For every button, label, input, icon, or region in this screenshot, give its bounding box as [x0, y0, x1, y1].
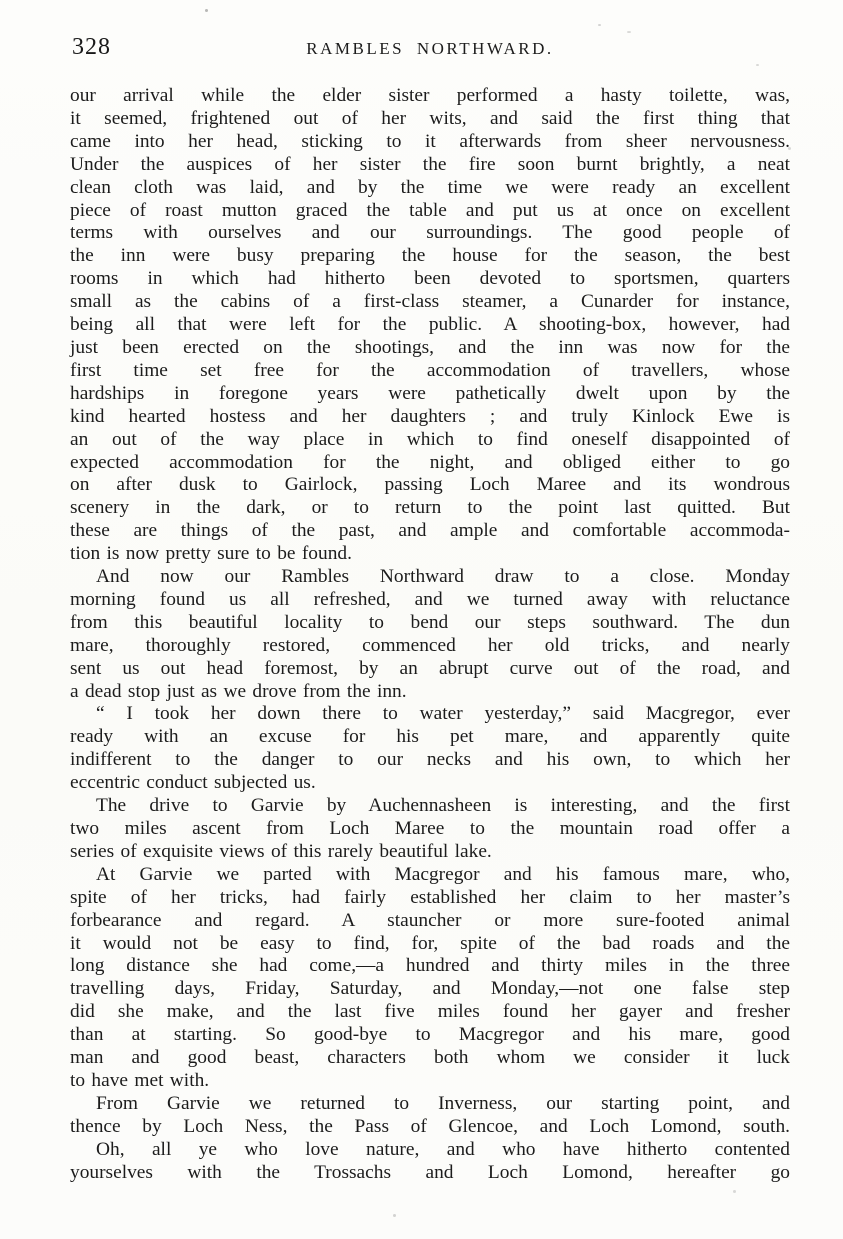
text-line: At Garvie we parted with Macgregor and h… — [70, 864, 790, 887]
text-line: eccentric conduct subjected us. — [70, 772, 790, 795]
text-line: yourselves with the Trossachs and Loch L… — [70, 1162, 790, 1185]
text-line: scenery in the dark, or to return to the… — [70, 497, 790, 520]
body-text: our arrival while the elder sister perfo… — [70, 85, 790, 1185]
running-title: RAMBLES NORTHWARD. — [70, 39, 790, 59]
text-line: mare, thoroughly restored, commenced her… — [70, 635, 790, 658]
text-line: spite of her tricks, had fairly establis… — [70, 887, 790, 910]
text-line: piece of roast mutton graced the table a… — [70, 200, 790, 223]
paragraph: “ I took her down there to water yesterd… — [70, 703, 790, 795]
text-line: came into her head, sticking to it after… — [70, 131, 790, 154]
text-line: tion is now pretty sure to be found. — [70, 543, 790, 566]
text-line: indifferent to the danger to our necks a… — [70, 749, 790, 772]
text-line: terms with ourselves and our surrounding… — [70, 222, 790, 245]
text-line: forbearance and regard. A stauncher or m… — [70, 910, 790, 933]
text-line: to have met with. — [70, 1070, 790, 1093]
paragraph: And now our Rambles Northward draw to a … — [70, 566, 790, 703]
text-line: And now our Rambles Northward draw to a … — [70, 566, 790, 589]
text-line: man and good beast, characters both whom… — [70, 1047, 790, 1070]
text-line: our arrival while the elder sister perfo… — [70, 85, 790, 108]
text-line: a dead stop just as we drove from the in… — [70, 681, 790, 704]
book-page: 328 RAMBLES NORTHWARD. our arrival while… — [0, 0, 843, 1239]
page-header: 328 RAMBLES NORTHWARD. — [70, 34, 790, 64]
text-line: clean cloth was laid, and by the time we… — [70, 177, 790, 200]
text-line: did she make, and the last five miles fo… — [70, 1001, 790, 1024]
scan-speck — [627, 31, 631, 33]
scan-speck — [733, 1190, 736, 1193]
paragraph: our arrival while the elder sister perfo… — [70, 85, 790, 566]
paragraph: Oh, all ye who love nature, and who have… — [70, 1139, 790, 1185]
text-line: an out of the way place in which to find… — [70, 429, 790, 452]
scan-speck — [205, 9, 208, 12]
text-line: these are things of the past, and ample … — [70, 520, 790, 543]
scan-speck — [788, 147, 791, 150]
text-line: The drive to Garvie by Auchennasheen is … — [70, 795, 790, 818]
text-line: sent us out head foremost, by an abrupt … — [70, 658, 790, 681]
text-line: series of exquisite views of this rarely… — [70, 841, 790, 864]
text-line: From Garvie we returned to Inverness, ou… — [70, 1093, 790, 1116]
text-line: long distance she had come,—a hundred an… — [70, 955, 790, 978]
text-line: morning found us all refreshed, and we t… — [70, 589, 790, 612]
text-line: travelling days, Friday, Saturday, and M… — [70, 978, 790, 1001]
scan-speck — [598, 24, 601, 26]
paragraph: At Garvie we parted with Macgregor and h… — [70, 864, 790, 1093]
text-line: two miles ascent from Loch Maree to the … — [70, 818, 790, 841]
text-line: thence by Loch Ness, the Pass of Glencoe… — [70, 1116, 790, 1139]
text-line: it seemed, frightened out of her wits, a… — [70, 108, 790, 131]
text-line: ready with an excuse for his pet mare, a… — [70, 726, 790, 749]
text-line: Under the auspices of her sister the fir… — [70, 154, 790, 177]
text-line: “ I took her down there to water yesterd… — [70, 703, 790, 726]
scan-speck — [756, 64, 759, 66]
text-line: Oh, all ye who love nature, and who have… — [70, 1139, 790, 1162]
text-line: first time set free for the accommodatio… — [70, 360, 790, 383]
text-line: from this beautiful locality to bend our… — [70, 612, 790, 635]
text-line: the inn were busy preparing the house fo… — [70, 245, 790, 268]
text-line: rooms in which had hitherto been devoted… — [70, 268, 790, 291]
text-line: it would not be easy to find, for, spite… — [70, 933, 790, 956]
text-line: expected accommodation for the night, an… — [70, 452, 790, 475]
paragraph: The drive to Garvie by Auchennasheen is … — [70, 795, 790, 864]
text-line: kind hearted hostess and her daughters ;… — [70, 406, 790, 429]
text-line: than at starting. So good-bye to Macgreg… — [70, 1024, 790, 1047]
text-line: small as the cabins of a first-class ste… — [70, 291, 790, 314]
text-line: just been erected on the shootings, and … — [70, 337, 790, 360]
text-line: hardships in foregone years were patheti… — [70, 383, 790, 406]
text-line: being all that were left for the public.… — [70, 314, 790, 337]
text-line: on after dusk to Gairlock, passing Loch … — [70, 474, 790, 497]
paragraph: From Garvie we returned to Inverness, ou… — [70, 1093, 790, 1139]
scan-speck — [393, 1214, 396, 1217]
